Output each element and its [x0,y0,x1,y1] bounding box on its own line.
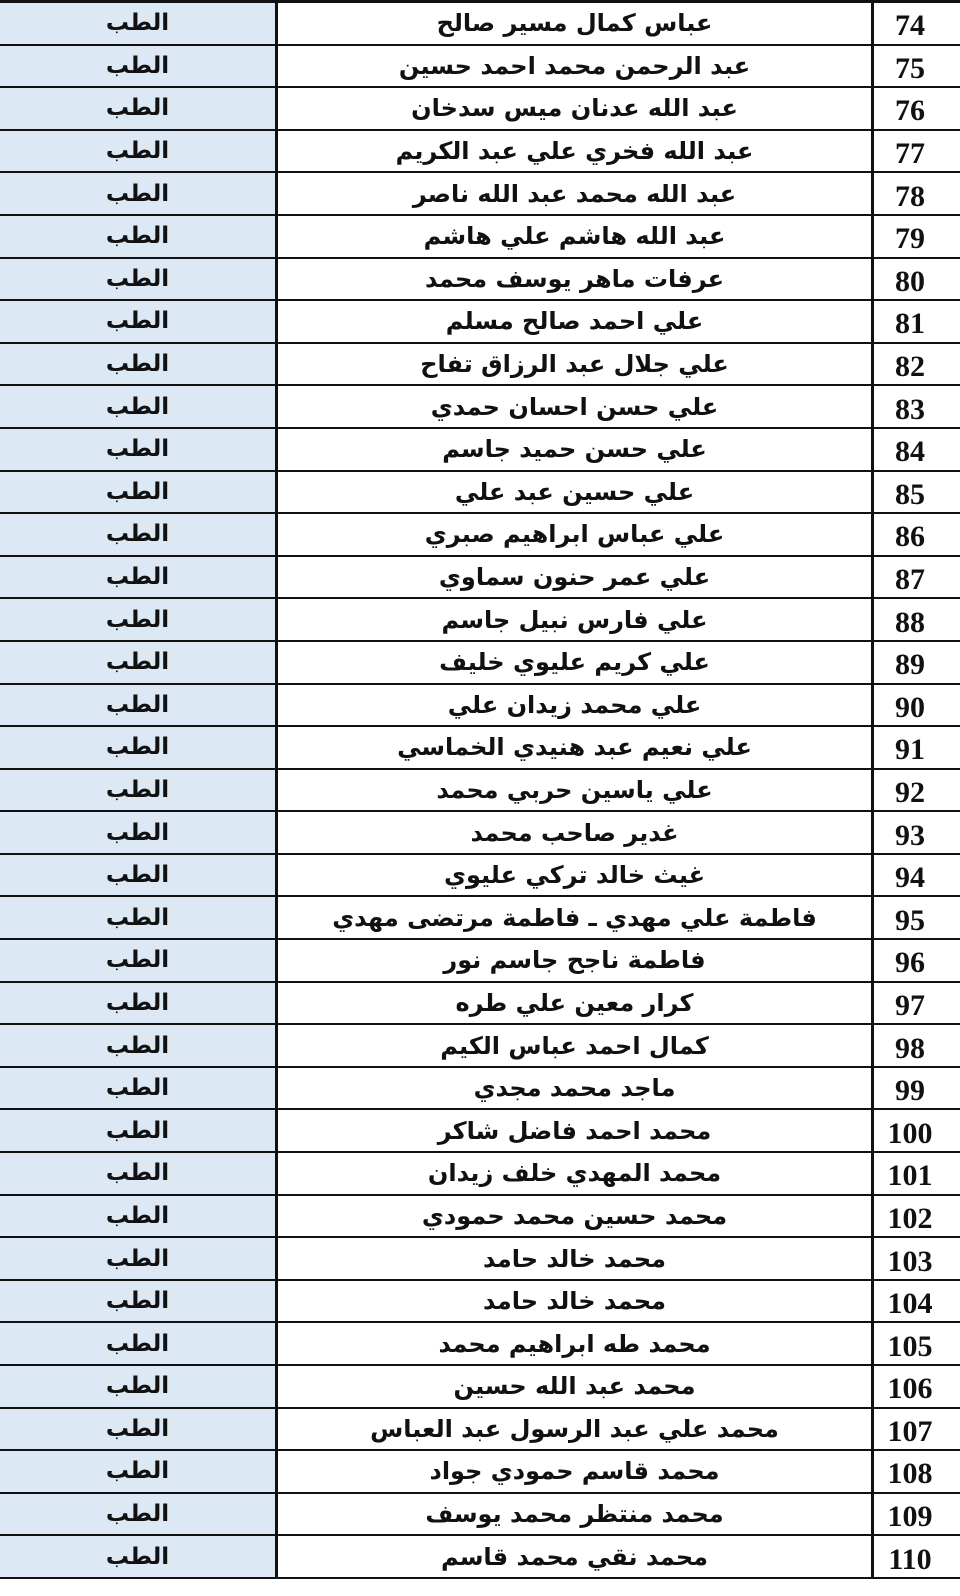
row-number-cell: 108 [874,1451,960,1492]
student-name-cell: غدير صاحب محمد [278,812,874,853]
row-number-cell: 91 [874,727,960,768]
row-number-cell: 103 [874,1238,960,1279]
student-name-cell: علي جلال عبد الرزاق تفاح [278,344,874,385]
table-row: الطب غدير صاحب محمد 93 [0,812,960,855]
department-cell: الطب [0,259,278,300]
table-row: الطب علي احمد صالح مسلم 81 [0,301,960,344]
student-name-cell: علي فارس نبيل جاسم [278,599,874,640]
student-name-cell: علي كريم عليوي خليف [278,642,874,683]
row-number-cell: 109 [874,1494,960,1535]
student-name-cell: فاطمة ناجح جاسم نور [278,940,874,981]
department-cell: الطب [0,897,278,938]
department-cell: الطب [0,1110,278,1151]
department-cell: الطب [0,685,278,726]
student-name-cell: علي ياسين حربي محمد [278,770,874,811]
student-name-cell: كرار معين علي طره [278,983,874,1024]
row-number-cell: 95 [874,897,960,938]
table-row: الطب علي عمر حنون سماوي 87 [0,557,960,600]
row-number-cell: 104 [874,1281,960,1322]
row-number-cell: 86 [874,514,960,555]
table-row: الطب فاطمة ناجح جاسم نور 96 [0,940,960,983]
student-name-cell: فاطمة علي مهدي ـ فاطمة مرتضى مهدي [278,897,874,938]
student-name-cell: علي حسن احسان حمدي [278,386,874,427]
table-row: الطب كمال احمد عباس الكيم 98 [0,1025,960,1068]
student-name-cell: علي محمد زيدان علي [278,685,874,726]
table-row: الطب فاطمة علي مهدي ـ فاطمة مرتضى مهدي 9… [0,897,960,940]
student-name-cell: علي نعيم عبد هنيدي الخماسي [278,727,874,768]
department-cell: الطب [0,514,278,555]
student-name-cell: محمد حسين محمد حمودي [278,1196,874,1237]
department-cell: الطب [0,131,278,172]
student-name-cell: علي عمر حنون سماوي [278,557,874,598]
table-row: الطب علي كريم عليوي خليف 89 [0,642,960,685]
table-row: الطب عباس كمال مسير صالح 74 [0,3,960,46]
department-cell: الطب [0,1409,278,1450]
student-name-cell: عبد الله محمد عبد الله ناصر [278,173,874,214]
department-cell: الطب [0,1025,278,1066]
student-name-cell: محمد خالد حامد [278,1238,874,1279]
student-name-cell: علي عباس ابراهيم صبري [278,514,874,555]
student-name-cell: ماجد محمد مجدي [278,1068,874,1109]
department-cell: الطب [0,1494,278,1535]
table-row: الطب محمد منتظر محمد يوسف 109 [0,1494,960,1537]
department-cell: الطب [0,46,278,87]
student-name-cell: محمد خالد حامد [278,1281,874,1322]
department-cell: الطب [0,727,278,768]
row-number-cell: 89 [874,642,960,683]
student-name-cell: محمد منتظر محمد يوسف [278,1494,874,1535]
table-row: الطب محمد نقي محمد قاسم 110 [0,1536,960,1579]
row-number-cell: 84 [874,429,960,470]
table-row: الطب عبد الله فخري علي عبد الكريم 77 [0,131,960,174]
table-row: الطب محمد علي عبد الرسول عبد العباس 107 [0,1409,960,1452]
student-name-cell: عباس كمال مسير صالح [278,3,874,44]
student-name-cell: عبد الرحمن محمد احمد حسين [278,46,874,87]
table-row: الطب عبد الرحمن محمد احمد حسين 75 [0,46,960,89]
student-name-cell: علي احمد صالح مسلم [278,301,874,342]
table-row: الطب عرفات ماهر يوسف محمد 80 [0,259,960,302]
student-name-cell: محمد نقي محمد قاسم [278,1536,874,1577]
table-row: الطب محمد حسين محمد حمودي 102 [0,1196,960,1239]
row-number-cell: 106 [874,1366,960,1407]
table-row: الطب علي جلال عبد الرزاق تفاح 82 [0,344,960,387]
table-row: الطب كرار معين علي طره 97 [0,983,960,1026]
department-cell: الطب [0,1366,278,1407]
department-cell: الطب [0,216,278,257]
table-row: الطب علي محمد زيدان علي 90 [0,685,960,728]
row-number-cell: 94 [874,855,960,896]
department-cell: الطب [0,1196,278,1237]
row-number-cell: 80 [874,259,960,300]
table-row: الطب غيث خالد تركي عليوي 94 [0,855,960,898]
department-cell: الطب [0,301,278,342]
student-name-cell: محمد علي عبد الرسول عبد العباس [278,1409,874,1450]
department-cell: الطب [0,88,278,129]
table-row: الطب محمد خالد حامد 104 [0,1281,960,1324]
table-row: الطب عبد الله محمد عبد الله ناصر 78 [0,173,960,216]
row-number-cell: 76 [874,88,960,129]
table-row: الطب علي حسن احسان حمدي 83 [0,386,960,429]
table-row: الطب محمد احمد فاضل شاكر 100 [0,1110,960,1153]
row-number-cell: 81 [874,301,960,342]
table-row: الطب محمد قاسم حمودي جواد 108 [0,1451,960,1494]
row-number-cell: 78 [874,173,960,214]
row-number-cell: 105 [874,1323,960,1364]
table-row: الطب محمد طه ابراهيم محمد 105 [0,1323,960,1366]
student-name-cell: علي حسن حميد جاسم [278,429,874,470]
row-number-cell: 96 [874,940,960,981]
student-name-cell: محمد المهدي خلف زيدان [278,1153,874,1194]
department-cell: الطب [0,812,278,853]
department-cell: الطب [0,642,278,683]
student-name-cell: محمد طه ابراهيم محمد [278,1323,874,1364]
row-number-cell: 77 [874,131,960,172]
department-cell: الطب [0,557,278,598]
table-row: الطب محمد عبد الله حسين 106 [0,1366,960,1409]
department-cell: الطب [0,1536,278,1577]
department-cell: الطب [0,429,278,470]
department-cell: الطب [0,599,278,640]
row-number-cell: 74 [874,3,960,44]
student-name-cell: محمد احمد فاضل شاكر [278,1110,874,1151]
row-number-cell: 88 [874,599,960,640]
row-number-cell: 92 [874,770,960,811]
department-cell: الطب [0,1153,278,1194]
row-number-cell: 100 [874,1110,960,1151]
row-number-cell: 99 [874,1068,960,1109]
department-cell: الطب [0,472,278,513]
row-number-cell: 90 [874,685,960,726]
table-row: الطب ماجد محمد مجدي 99 [0,1068,960,1111]
table-row: الطب عبد الله هاشم علي هاشم 79 [0,216,960,259]
department-cell: الطب [0,3,278,44]
student-name-cell: علي حسين عبد علي [278,472,874,513]
row-number-cell: 101 [874,1153,960,1194]
table-row: الطب عبد الله عدنان ميس سدخان 76 [0,88,960,131]
row-number-cell: 107 [874,1409,960,1450]
table-row: الطب علي نعيم عبد هنيدي الخماسي 91 [0,727,960,770]
department-cell: الطب [0,386,278,427]
department-cell: الطب [0,1281,278,1322]
table-row: الطب علي ياسين حربي محمد 92 [0,770,960,813]
row-number-cell: 83 [874,386,960,427]
table-row: الطب علي حسين عبد علي 85 [0,472,960,515]
department-cell: الطب [0,344,278,385]
row-number-cell: 93 [874,812,960,853]
department-cell: الطب [0,940,278,981]
department-cell: الطب [0,770,278,811]
row-number-cell: 82 [874,344,960,385]
row-number-cell: 110 [874,1536,960,1577]
department-cell: الطب [0,1068,278,1109]
row-number-cell: 97 [874,983,960,1024]
department-cell: الطب [0,173,278,214]
row-number-cell: 102 [874,1196,960,1237]
department-cell: الطب [0,855,278,896]
row-number-cell: 85 [874,472,960,513]
student-name-cell: محمد عبد الله حسين [278,1366,874,1407]
table-row: الطب علي فارس نبيل جاسم 88 [0,599,960,642]
department-cell: الطب [0,1451,278,1492]
student-name-cell: محمد قاسم حمودي جواد [278,1451,874,1492]
student-name-cell: عرفات ماهر يوسف محمد [278,259,874,300]
student-name-cell: عبد الله عدنان ميس سدخان [278,88,874,129]
department-cell: الطب [0,983,278,1024]
row-number-cell: 75 [874,46,960,87]
row-number-cell: 87 [874,557,960,598]
row-number-cell: 98 [874,1025,960,1066]
student-name-cell: غيث خالد تركي عليوي [278,855,874,896]
row-number-cell: 79 [874,216,960,257]
table-row: الطب علي حسن حميد جاسم 84 [0,429,960,472]
department-cell: الطب [0,1238,278,1279]
department-cell: الطب [0,1323,278,1364]
table-row: الطب علي عباس ابراهيم صبري 86 [0,514,960,557]
student-name-cell: عبد الله هاشم علي هاشم [278,216,874,257]
student-list-table: الطب عباس كمال مسير صالح 74 الطب عبد الر… [0,0,960,1596]
table-row: الطب محمد خالد حامد 103 [0,1238,960,1281]
table-row: الطب محمد المهدي خلف زيدان 101 [0,1153,960,1196]
student-name-cell: عبد الله فخري علي عبد الكريم [278,131,874,172]
student-name-cell: كمال احمد عباس الكيم [278,1025,874,1066]
